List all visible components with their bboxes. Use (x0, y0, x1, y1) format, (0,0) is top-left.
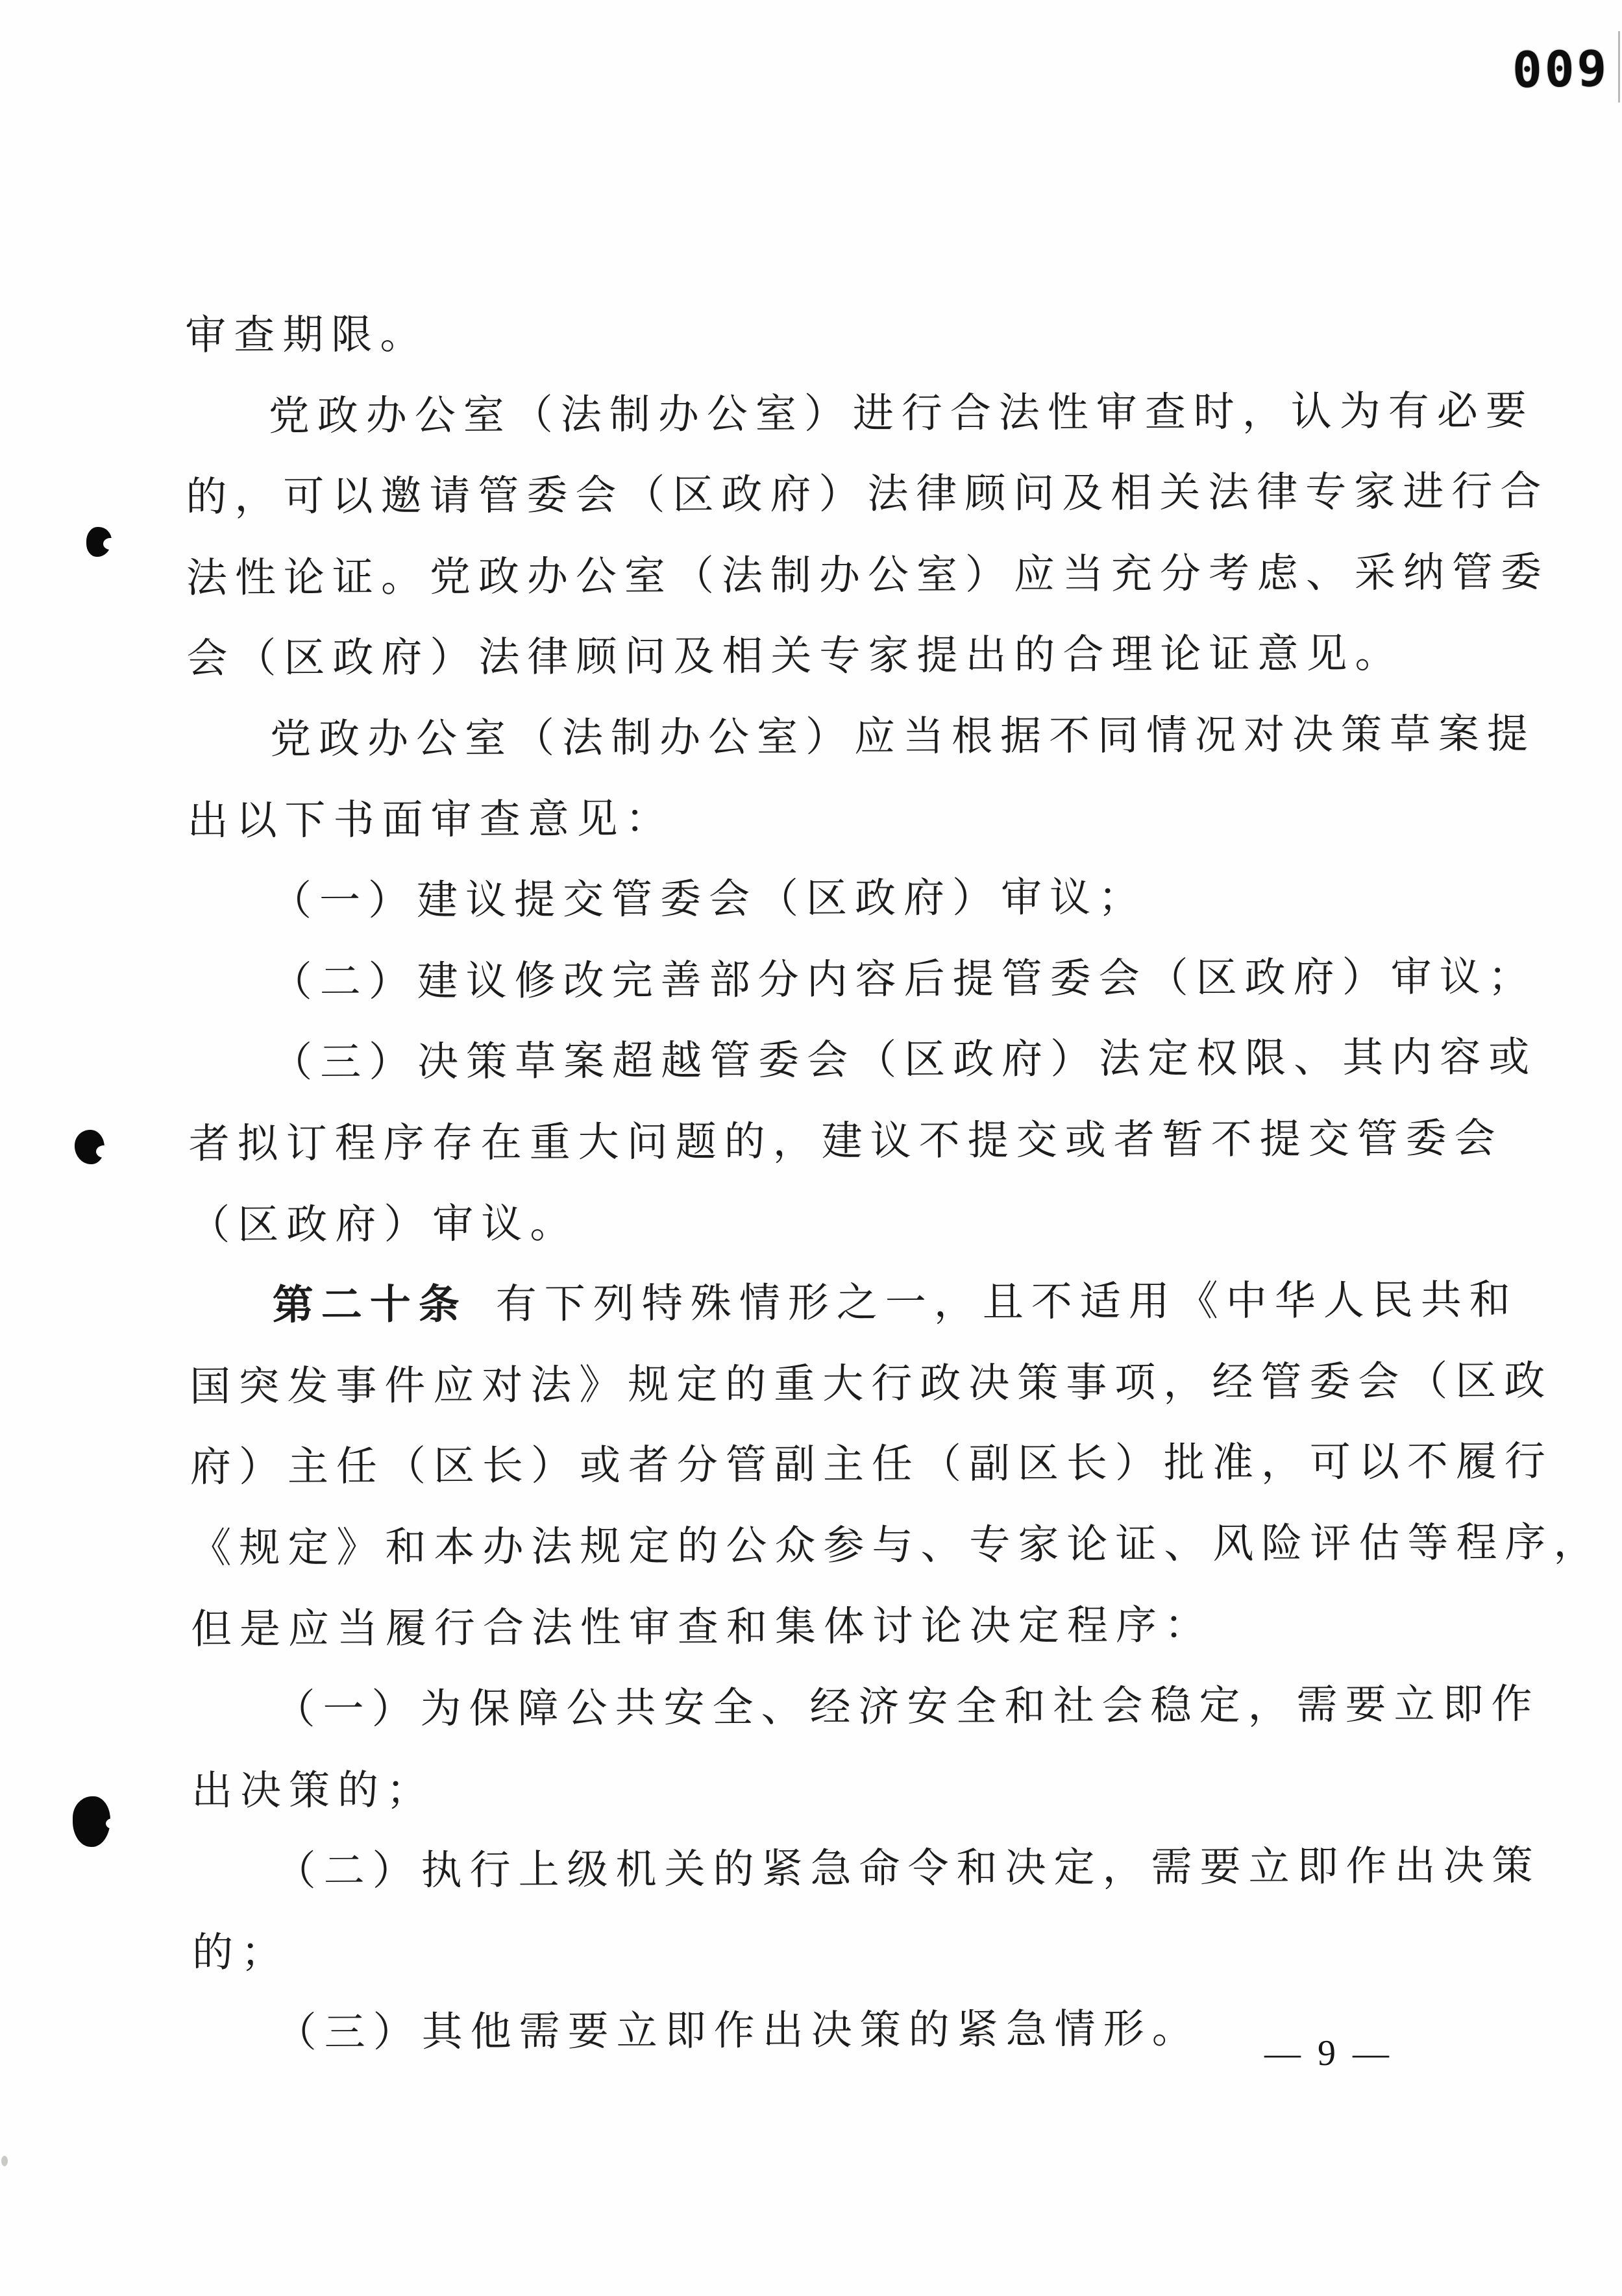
text-line: 党政办公室（法制办公室）应当根据不同情况对决策草案提 (187, 694, 1551, 781)
text-line: 出以下书面审查意见： (187, 774, 1551, 861)
scan-speck-artifact (1, 2156, 8, 2166)
text-line: 但是应当履行合法性审查和集体讨论决定程序： (191, 1583, 1554, 1670)
text-line: 第二十条有下列特殊情形之一，且不适用《中华人民共和 (190, 1260, 1553, 1347)
text-line: 审查期限。 (185, 289, 1549, 376)
text-line: （三）决策草案超越管委会（区政府）法定权限、其内容或 (188, 1017, 1552, 1104)
text-line: 出决策的； (191, 1745, 1555, 1832)
ink-blot (75, 1130, 104, 1164)
text-line: 的，可以邀请管委会（区政府）法律顾问及相关法律专家进行合 (186, 451, 1549, 538)
document-body: 审查期限。 党政办公室（法制办公室）进行合法性审查时，认为有必要 的，可以邀请管… (185, 289, 1556, 2074)
scan-edge-artifact (1618, 31, 1620, 103)
text-line: （区政府）审议。 (189, 1179, 1553, 1265)
text-line: 国突发事件应对法》规定的重大行政决策事项，经管委会（区政 (190, 1341, 1553, 1428)
article-text: 有下列特殊情形之一，且不适用《中华人民共和 (496, 1277, 1518, 1327)
article-number: 第二十条 (273, 1282, 467, 1328)
ink-blot (73, 1796, 110, 1847)
ink-blot (86, 527, 112, 557)
text-line: 《规定》和本办法规定的公众参与、专家论证、风险评估等程序， (190, 1502, 1554, 1589)
text-line: 的； (192, 1907, 1556, 1994)
text-line: （一）为保障公共安全、经济安全和社会稳定，需要立即作 (191, 1664, 1554, 1751)
page-stamp: 009 (1512, 40, 1610, 99)
text-line: 者拟订程序存在重大问题的，建议不提交或者暂不提交管委会 (188, 1098, 1552, 1185)
text-line: 会（区政府）法律顾问及相关专家提出的合理论证意见。 (186, 613, 1550, 700)
text-line: 法性论证。党政办公室（法制办公室）应当充分考虑、采纳管委 (186, 532, 1550, 619)
text-line: 府）主任（区长）或者分管副主任（副区长）批准，可以不履行 (190, 1421, 1554, 1508)
text-line: 党政办公室（法制办公室）进行合法性审查时，认为有必要 (186, 370, 1549, 457)
page-number-footer: — 9 — (1264, 2033, 1393, 2074)
text-line: （二）执行上级机关的紧急命令和决定，需要立即作出决策 (191, 1826, 1555, 1912)
text-line: （二）建议修改完善部分内容后提管委会（区政府）审议； (188, 936, 1551, 1023)
text-line: （一）建议提交管委会（区政府）审议； (188, 855, 1551, 942)
document-page: 009 审查期限。 党政办公室（法制办公室）进行合法性审查时，认为有必要 的，可… (0, 0, 1622, 2296)
